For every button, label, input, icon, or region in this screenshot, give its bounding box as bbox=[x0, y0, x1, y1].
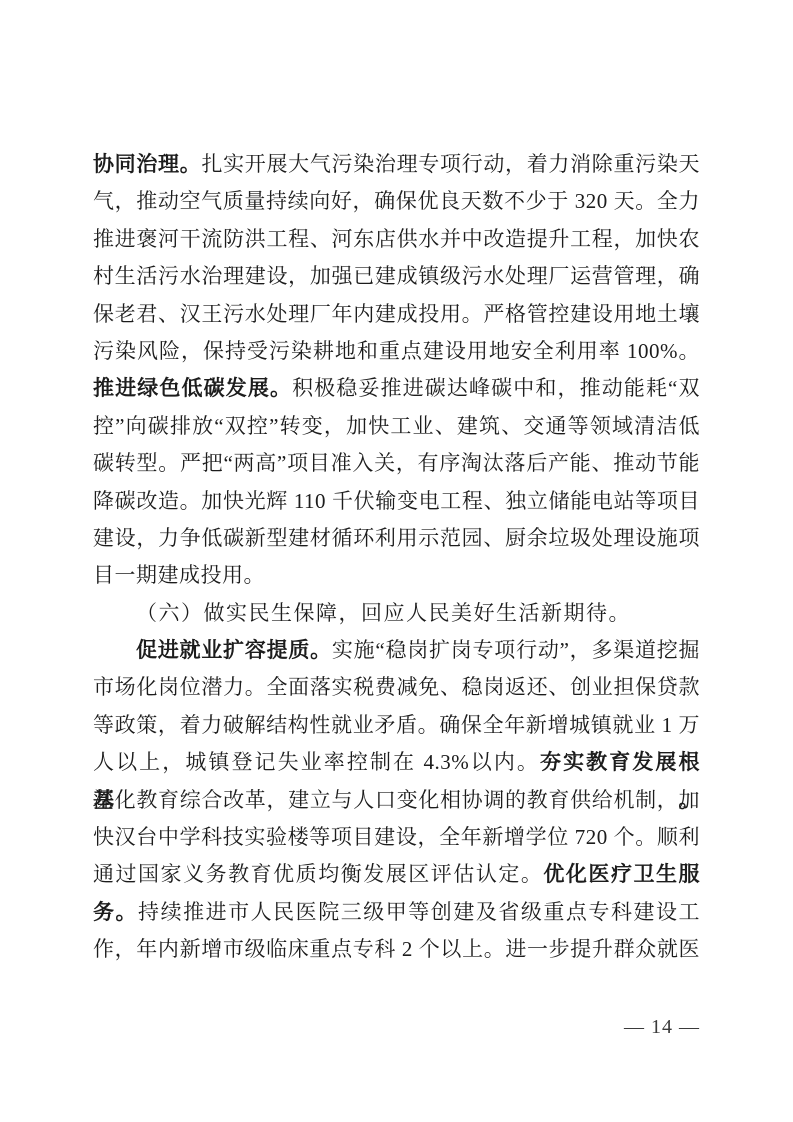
text-run: 持续推进市人民医院三级甲等创建及省级重点专科建设工 bbox=[138, 900, 700, 924]
text-line: 污染风险，保持受污染耕地和重点建设用地安全利用率 100%。 bbox=[93, 333, 700, 370]
text-run: 等政策，着力破解结构性就业矛盾。确保全年新增城镇就业 1 万 bbox=[93, 713, 700, 737]
document-page: 协同治理。扎实开展大气污染治理专项行动，着力消除重污染天气，推动空气质量持续向好… bbox=[0, 0, 793, 1122]
bold-text-run: 推进绿色低碳发展。 bbox=[93, 376, 292, 400]
text-line: 协同治理。扎实开展大气污染治理专项行动，着力消除重污染天 bbox=[93, 146, 700, 183]
text-run: 扎实开展大气污染治理专项行动，着力消除重污染天 bbox=[201, 152, 700, 176]
text-line: 市场化岗位潜力。全面落实税费减免、稳岗返还、创业担保贷款 bbox=[93, 669, 700, 706]
text-run: 目一期建成投用。 bbox=[93, 563, 265, 587]
text-line: 务。持续推进市人民医院三级甲等创建及省级重点专科建设工 bbox=[93, 894, 700, 931]
text-line: 人以上，城镇登记失业率控制在 4.3%以内。夯实教育发展根基。 bbox=[93, 744, 700, 781]
text-run: （六）做实民生保障，回应人民美好生活新期待。 bbox=[136, 601, 631, 625]
text-line: 促进就业扩容提质。实施“稳岗扩岗专项行动”，多渠道挖掘 bbox=[93, 632, 700, 669]
text-line: 碳转型。严把“两高”项目准入关，有序淘汰落后产能、推动节能 bbox=[93, 445, 700, 482]
bold-text-run: 协同治理。 bbox=[93, 152, 201, 176]
text-run: 降碳改造。加快光辉 110 千伏输变电工程、独立储能电站等项目 bbox=[93, 489, 700, 513]
text-line: 村生活污水治理建设，加强已建成镇级污水处理厂运营管理，确 bbox=[93, 258, 700, 295]
text-run: 保老君、汉王污水处理厂年内建成投用。严格管控建设用地土壤 bbox=[93, 302, 700, 326]
text-line: 深化教育综合改革，建立与人口变化相协调的教育供给机制，加 bbox=[93, 782, 700, 819]
text-run: 控”向碳排放“双控”转变，加快工业、建筑、交通等领域清洁低 bbox=[93, 414, 700, 438]
text-run: 作，年内新增市级临床重点专科 2 个以上。进一步提升群众就医 bbox=[93, 937, 700, 961]
text-run: 推进褒河干流防洪工程、河东店供水并中改造提升工程，加快农 bbox=[93, 227, 700, 251]
text-line: 快汉台中学科技实验楼等项目建设，全年新增学位 720 个。顺利 bbox=[93, 819, 700, 856]
text-line: 等政策，着力破解结构性就业矛盾。确保全年新增城镇就业 1 万 bbox=[93, 707, 700, 744]
text-run: 人以上，城镇登记失业率控制在 4.3%以内。 bbox=[93, 750, 540, 774]
text-line: 保老君、汉王污水处理厂年内建成投用。严格管控建设用地土壤 bbox=[93, 296, 700, 333]
text-run: 积极稳妥推进碳达峰碳中和，推动能耗“双 bbox=[292, 376, 700, 400]
text-run: 村生活污水治理建设，加强已建成镇级污水处理厂运营管理，确 bbox=[93, 264, 700, 288]
bold-text-run: 优化医疗卫生服 bbox=[543, 862, 700, 886]
text-run: 建设，力争低碳新型建材循环利用示范园、厨余垃圾处理设施项 bbox=[93, 526, 700, 550]
text-line: 降碳改造。加快光辉 110 千伏输变电工程、独立储能电站等项目 bbox=[93, 483, 700, 520]
text-line: 建设，力争低碳新型建材循环利用示范园、厨余垃圾处理设施项 bbox=[93, 520, 700, 557]
bold-text-run: 促进就业扩容提质。 bbox=[136, 638, 332, 662]
bold-text-run: 务。 bbox=[93, 900, 138, 924]
text-run: 实施“稳岗扩岗专项行动”，多渠道挖掘 bbox=[332, 638, 700, 662]
text-line: 推进绿色低碳发展。积极稳妥推进碳达峰碳中和，推动能耗“双 bbox=[93, 370, 700, 407]
text-run: 市场化岗位潜力。全面落实税费减免、稳岗返还、创业担保贷款 bbox=[93, 675, 700, 699]
text-line: 通过国家义务教育优质均衡发展区评估认定。优化医疗卫生服 bbox=[93, 856, 700, 893]
document-body: 协同治理。扎实开展大气污染治理专项行动，着力消除重污染天气，推动空气质量持续向好… bbox=[93, 146, 700, 969]
text-run: 快汉台中学科技实验楼等项目建设，全年新增学位 720 个。顺利 bbox=[93, 825, 700, 849]
text-run: 碳转型。严把“两高”项目准入关，有序淘汰落后产能、推动节能 bbox=[93, 451, 700, 475]
text-run: 污染风险，保持受污染耕地和重点建设用地安全利用率 100%。 bbox=[93, 339, 700, 363]
text-run: 通过国家义务教育优质均衡发展区评估认定。 bbox=[93, 862, 543, 886]
text-line: 推进褒河干流防洪工程、河东店供水并中改造提升工程，加快农 bbox=[93, 221, 700, 258]
text-run: 气，推动空气质量持续向好，确保优良天数不少于 320 天。全力 bbox=[93, 189, 700, 213]
page-number: — 14 — bbox=[610, 1012, 714, 1042]
text-line: 气，推动空气质量持续向好，确保优良天数不少于 320 天。全力 bbox=[93, 183, 700, 220]
text-line: 目一期建成投用。 bbox=[93, 557, 700, 594]
text-line: 作，年内新增市级临床重点专科 2 个以上。进一步提升群众就医 bbox=[93, 931, 700, 968]
section-heading-line: （六）做实民生保障，回应人民美好生活新期待。 bbox=[93, 595, 700, 632]
text-run: 深化教育综合改革，建立与人口变化相协调的教育供给机制，加 bbox=[93, 788, 700, 812]
text-line: 控”向碳排放“双控”转变，加快工业、建筑、交通等领域清洁低 bbox=[93, 408, 700, 445]
